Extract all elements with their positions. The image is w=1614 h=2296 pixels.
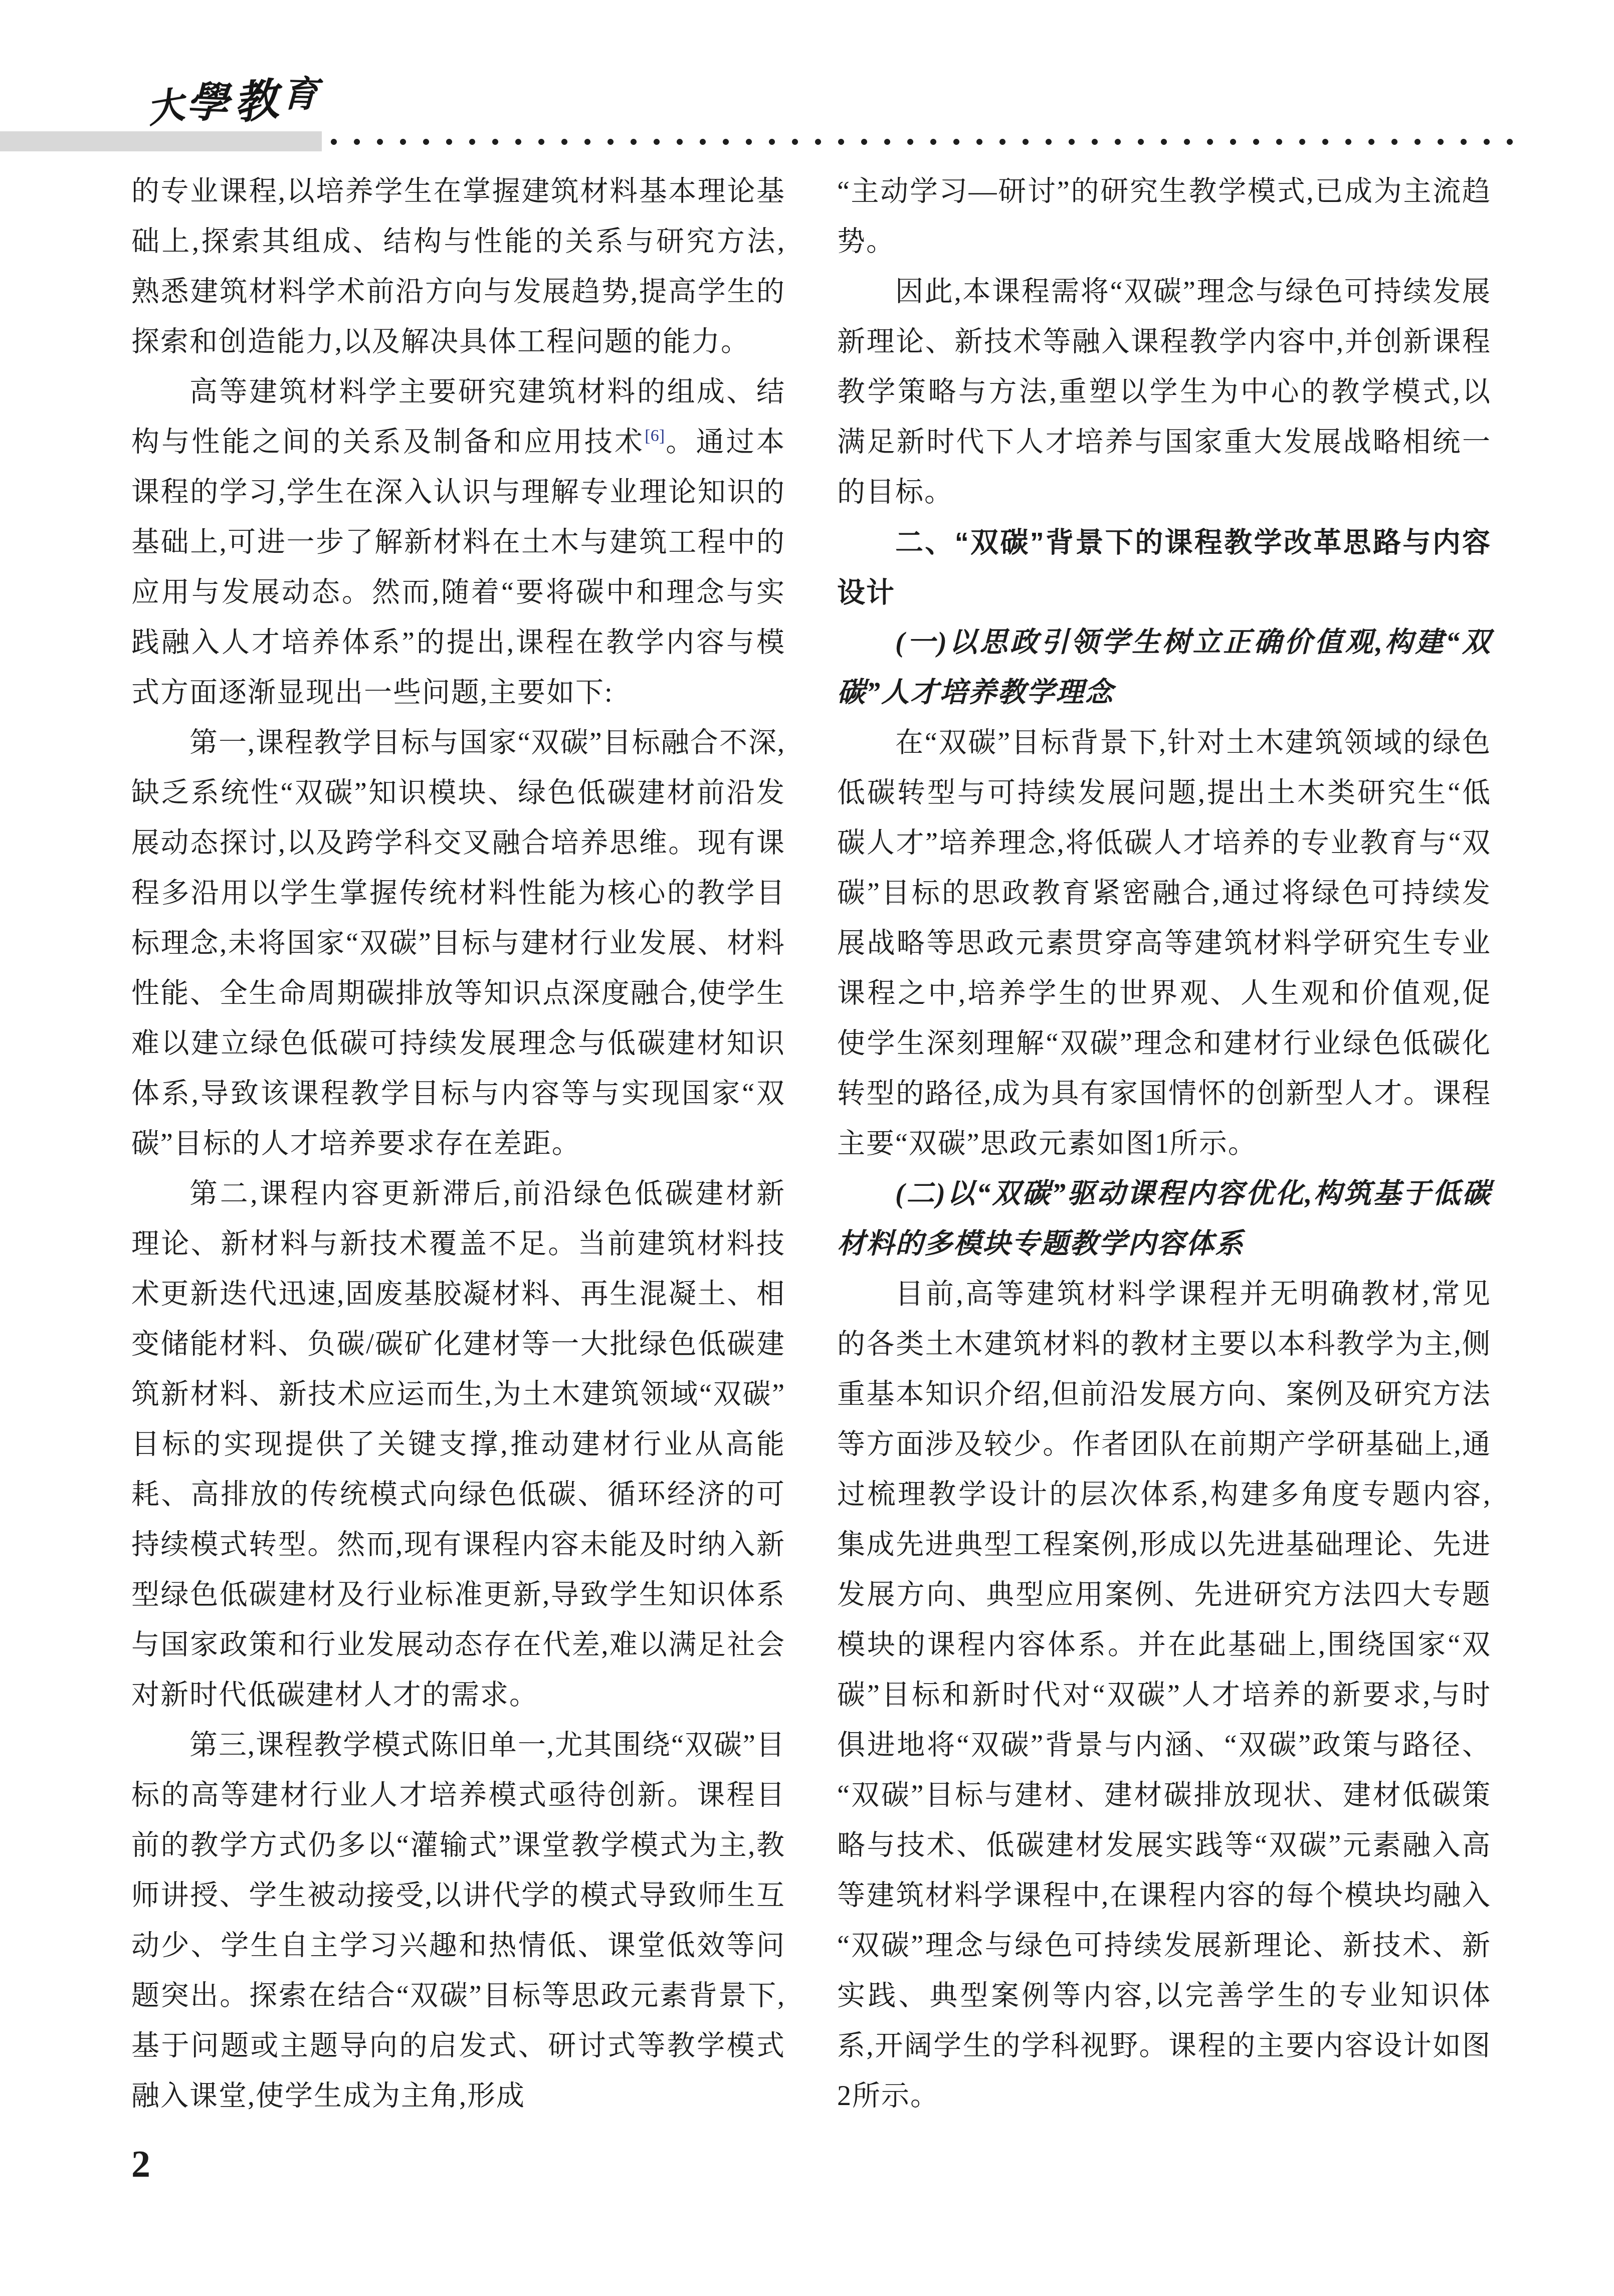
section-heading: 二、“双碳”背景下的课程教学改革思路与内容设计: [837, 517, 1491, 617]
paragraph: 因此,本课程需将“双碳”理念与绿色可持续发展新理论、新技术等融入课程教学内容中,…: [837, 267, 1491, 517]
left-column: 的专业课程,以培养学生在掌握建筑材料基本理论基础上,探索其组成、结构与性能的关系…: [131, 166, 785, 2121]
subsection-heading: (一)以思政引领学生树立正确价值观,构建“双碳”人才培养教学理念: [837, 617, 1491, 718]
journal-logo: 大 學 教 育: [146, 77, 318, 126]
journal-logo-char: 育: [282, 76, 319, 113]
paragraph-continuation: “主动学习—研讨”的研究生教学模式,已成为主流趋势。: [837, 166, 1491, 267]
paragraph: 第三,课程教学模式陈旧单一,尤其围绕“双碳”目标的高等建材行业人才培养模式亟待创…: [131, 1720, 785, 2121]
journal-page: 大 學 教 育 的专业课程,以培养学生在掌握建筑材料基本理论基础上,探索其组成、…: [0, 0, 1614, 2296]
paragraph: 第一,课程教学目标与国家“双碳”目标融合不深,缺乏系统性“双碳”知识模块、绿色低…: [131, 718, 785, 1169]
paragraph: 高等建筑材料学主要研究建筑材料的组成、结构与性能之间的关系及制备和应用技术[6]…: [131, 367, 785, 718]
page-number: 2: [131, 2145, 150, 2183]
header-gray-rule: [0, 131, 322, 151]
journal-logo-char: 學: [185, 81, 230, 125]
header-dotted-rule: [330, 138, 1525, 146]
journal-logo-char: 大: [144, 87, 187, 129]
paragraph: 目前,高等建筑材料学课程并无明确教材,常见的各类土木建筑材料的教材主要以本科教学…: [837, 1269, 1491, 2121]
paragraph: 在“双碳”目标背景下,针对土木建筑领域的绿色低碳转型与可持续发展问题,提出土木类…: [837, 718, 1491, 1169]
paragraph-text: 。通过本课程的学习,学生在深入认识与理解专业理论知识的基础上,可进一步了解新材料…: [131, 427, 785, 708]
right-column: “主动学习—研讨”的研究生教学模式,已成为主流趋势。 因此,本课程需将“双碳”理…: [837, 166, 1491, 2121]
citation-ref: [6]: [645, 427, 665, 445]
paragraph-continuation: 的专业课程,以培养学生在掌握建筑材料基本理论基础上,探索其组成、结构与性能的关系…: [131, 166, 785, 367]
journal-logo-char: 教: [232, 78, 280, 127]
subsection-heading: (二)以“双碳”驱动课程内容优化,构筑基于低碳材料的多模块专题教学内容体系: [837, 1169, 1491, 1269]
paragraph: 第二,课程内容更新滞后,前沿绿色低碳建材新理论、新材料与新技术覆盖不足。当前建筑…: [131, 1169, 785, 1720]
